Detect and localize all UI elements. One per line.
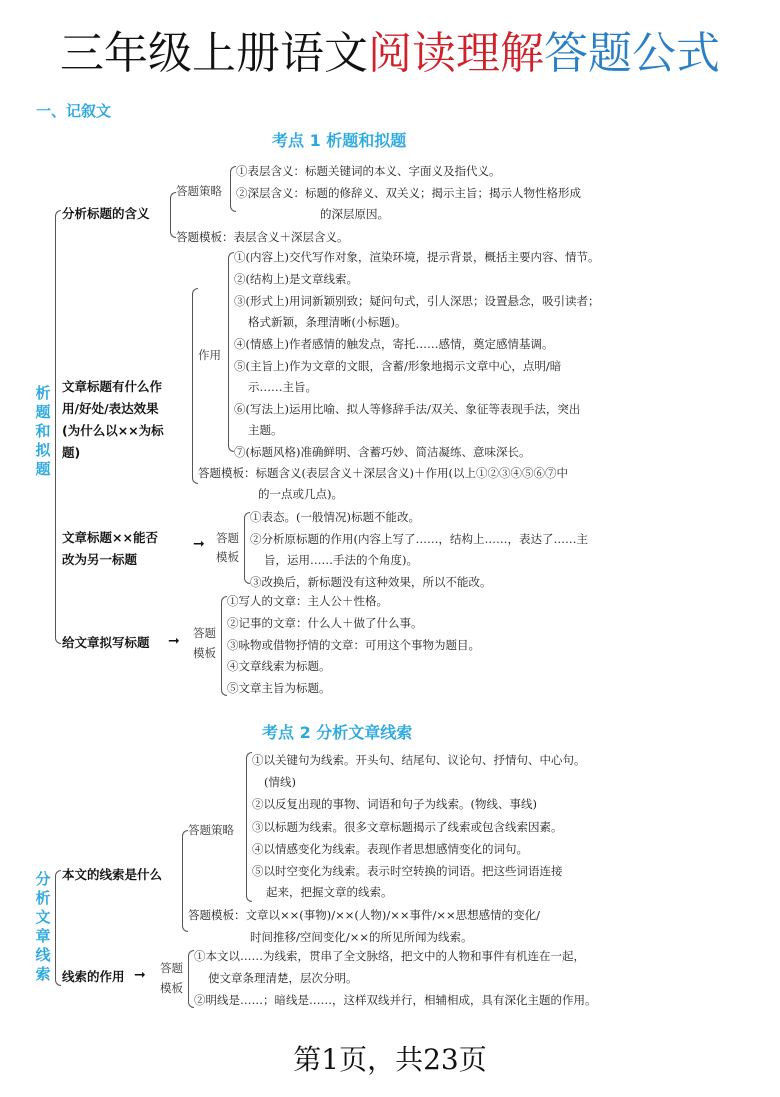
- q4-item: ①写人的文章：主人公＋性格。: [227, 594, 388, 608]
- kaodian1-q2-question-line: 文章标题有什么作: [62, 376, 162, 398]
- k2-q1-strategy-item: ①以关键句为线索。开头句、结尾句、议论句、抒情句、中心句。: [252, 753, 586, 767]
- kaodian1-q4-question: 给文章拟写标题: [62, 632, 150, 654]
- kaodian1-q2-question-line: (为什么以××为标: [62, 420, 164, 442]
- q1-strategy-label: 答题策略: [176, 183, 222, 199]
- q2-effect-item: ③(形式上)用词新颖别致；疑问句式，引人深思；设置悬念，吸引读者；: [234, 294, 599, 308]
- kaodian2-main-brace: [55, 870, 61, 986]
- k2-q1-strategy-item: ②以反复出现的事物、词语和句子为线索。(物线、事线): [252, 797, 537, 811]
- q3-item: ①表态。(一般情况)标题不能改。: [250, 510, 420, 524]
- k2-q2-item: ①本文以……为线索，贯串了全文脉络，把文中的人物和事件有机连在一起，: [194, 949, 585, 963]
- q2-effect-item: ⑦(标题风格)准确鲜明、含蓄巧妙、简洁凝练、意味深长。: [234, 445, 530, 459]
- q2-template-line: 答题模板：标题含义(表层含义＋深层含义)＋作用(以上①②③④⑤⑥⑦中: [198, 466, 568, 480]
- q4-template-label: 答题: [193, 625, 216, 641]
- section-heading: 一、记叙文: [36, 100, 111, 121]
- q4-arrow-icon: ➞: [168, 633, 180, 649]
- q4-item: ⑤文章主旨为标题。: [227, 681, 331, 695]
- k2-q2-item: ②明线是……；暗线是……，这样双线并行，相辅相成，具有深化主题的作用。: [194, 993, 597, 1007]
- k2-q1-template-line: 答题模板：文章以××(事物)/××(人物)/××事件/××思想感情的变化/: [188, 908, 540, 922]
- k2-q2-template-label: 模板: [160, 980, 183, 996]
- kaodian2-side-label: 分析文章线索: [34, 870, 52, 984]
- title-part-reading: 阅读理解: [368, 28, 544, 79]
- q3-item: ③改换后，新标题没有这种效果，所以不能改。: [250, 575, 492, 589]
- q1-template: 答题模板：表层含义＋深层含义。: [176, 230, 349, 244]
- k2-q1-template-line: 时间推移/空间变化/××的所见所闻为线索。: [250, 930, 473, 944]
- q3-item: ②分析原标题的作用(内容上写了……，结构上……，表达了……主: [250, 532, 588, 546]
- page-title: 三年级上册语文阅读理解答题公式: [0, 28, 780, 80]
- kaodian2-q2-question: 线索的作用: [62, 966, 125, 988]
- q3-arrow-icon: ➞: [193, 536, 205, 552]
- kaodian1-side-label: 析题和拟题: [34, 384, 52, 479]
- kaodian1-q2-question-line: 用/好处/表达效果: [62, 398, 159, 420]
- q2-effect-item: ⑥(写法上)运用比喻、拟人等修辞手法/双关、象征等表现手法，突出: [234, 402, 580, 416]
- q3-item: 旨，运用……手法的个角度)。: [264, 553, 418, 567]
- k2-q1-strategy-item: ⑤以时空变化为线索。表示时空转换的词语。把这些词语连接: [252, 864, 563, 878]
- kaodian1-q2-question-line: 题): [62, 442, 80, 464]
- kaodian1-q1-question: 分析标题的含义: [62, 203, 150, 225]
- q2-template-line: 的一点或几点)。: [258, 487, 343, 501]
- k2-q1-strategy-item: ④以情感变化为线索。表现作者思想感情变化的词句。: [252, 842, 528, 856]
- kaodian1-heading: 考点 1 析题和拟题: [272, 128, 406, 151]
- kaodian2-q1-question: 本文的线索是什么: [62, 864, 162, 886]
- q2-effect-item: ①(内容上)交代写作对象，渲染环境，提示背景，概括主要内容、情节。: [234, 250, 599, 264]
- q1-strategy-item: ②深层含义：标题的修辞义、双关义；揭示主旨；揭示人物性格形成: [236, 186, 581, 200]
- kaodian1-q3-question-line: 改为另一标题: [62, 549, 137, 571]
- q2-effect-item: 主题。: [248, 423, 283, 437]
- q4-template-label: 模板: [193, 645, 216, 661]
- k2-q2-arrow-icon: ➞: [134, 967, 146, 983]
- k2-q2-template-label: 答题: [160, 960, 183, 976]
- k2-q1-strategy-item: 起来，把握文章的线索。: [266, 885, 393, 899]
- kaodian2-heading: 考点 2 分析文章线索: [262, 720, 412, 743]
- q2-effect-item: 示……主旨。: [248, 380, 317, 394]
- page-number: 第1页，共23页: [0, 1038, 780, 1078]
- q4-item: ②记事的文章：什么人＋做了什么事。: [227, 616, 423, 630]
- k2-q1-strategy-item: ③以标题为线索。很多文章标题揭示了线索或包含线索因素。: [252, 820, 563, 834]
- k2-q1-strategy-label: 答题策略: [188, 822, 234, 838]
- q1-strategy-item: ①表层含义：标题关键词的本义、字面义及指代义。: [236, 164, 501, 178]
- title-part-grade: 三年级上册语文: [60, 28, 368, 79]
- title-part-formula: 答题公式: [544, 28, 720, 79]
- q2-effect-item: ②(结构上)是文章线索。: [234, 272, 358, 286]
- q2-brace: [192, 288, 198, 484]
- q1-strategy-item: 的深层原因。: [320, 207, 389, 221]
- q4-item: ④文章线索为标题。: [227, 659, 331, 673]
- kaodian1-q3-question-line: 文章标题××能否: [62, 527, 158, 549]
- k2-q1-strategy-item: (情线): [264, 775, 296, 789]
- q2-effect-item: ⑤(主旨上)作为文章的文眼，含蓄/形象地揭示文章中心，点明/暗: [234, 359, 561, 373]
- q2-effect-item: 格式新颖，条理清晰(小标题)。: [248, 315, 406, 329]
- q2-effect-item: ④(情感上)作者感情的触发点，寄托……感情，奠定感情基调。: [234, 337, 553, 351]
- q3-template-label: 答题: [216, 530, 239, 546]
- kaodian1-main-brace: [55, 210, 61, 644]
- q4-item: ③咏物或借物抒情的文章：可用这个事物为题目。: [227, 638, 480, 652]
- q3-template-label: 模板: [216, 549, 239, 565]
- k2-q2-item: 使文章条理清楚，层次分明。: [208, 971, 358, 985]
- q2-effect-label: 作用: [198, 347, 221, 363]
